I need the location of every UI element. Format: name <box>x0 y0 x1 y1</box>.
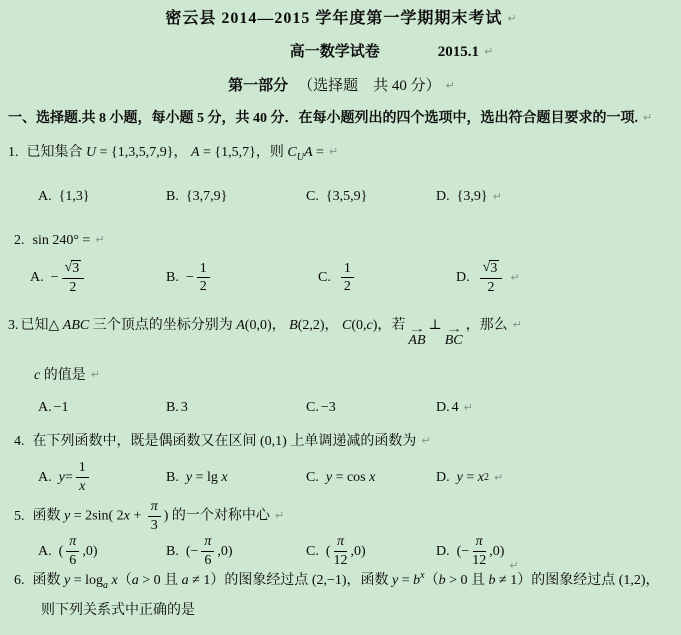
option-b-label: B. <box>166 398 179 418</box>
option-b-label: B. <box>166 468 179 488</box>
question-2-options: A.−√32 B.−12 C.12 D.√32↵ <box>8 260 675 296</box>
question-3-text: )，若 <box>373 318 406 333</box>
option-b-label: B. <box>166 268 179 288</box>
question-1-options: A.{1,3} B.{3,7,9} C.{3,5,9} D.{3,9}↵ <box>8 187 675 207</box>
paragraph-mark-icon: ↵ <box>507 12 517 25</box>
numerator: 1 <box>341 261 354 279</box>
equals-sign: = <box>65 468 73 488</box>
option-a-value: {1,3} <box>59 187 90 207</box>
close-paren: ,0) <box>351 542 366 562</box>
option-c: C.{3,5,9} <box>306 187 436 207</box>
question-5-options: A.(π6,0) B.(−π6,0) C.(π12,0) D.(−π12,0)↵ <box>8 534 675 569</box>
option-d-value: {3,9} <box>457 187 488 207</box>
section-detail: （选择题 共 40 分） <box>298 78 441 94</box>
option-b-value: {3,7,9} <box>186 187 227 207</box>
paragraph-mark-icon: ↵ <box>464 400 473 415</box>
question-1-number: 1. <box>8 145 19 160</box>
close-paren: ,0) <box>489 542 504 562</box>
exam-title: 密云县 2014—2015 学年度第一学期期末考试 <box>165 10 502 27</box>
open-paren: （ <box>118 573 132 588</box>
fraction: 1x <box>76 460 89 495</box>
fraction: π3 <box>148 499 161 534</box>
open-paren: (− <box>186 542 199 562</box>
open-paren: ( <box>326 542 331 562</box>
vector-AB: →AB <box>408 326 425 348</box>
question-4-text: 在下列函数中，既是偶函数又在区间 (0,1) 上单调递减的函数为 <box>33 434 417 449</box>
paragraph-mark-icon: ↵ <box>421 434 430 447</box>
option-c-label: C. <box>306 187 319 207</box>
option-c: C.(π12,0) <box>306 534 436 569</box>
question-4-stem: 4.在下列函数中，既是偶函数又在区间 (0,1) 上单调递减的函数为↵ <box>8 432 675 452</box>
numerator-pi: π <box>66 534 79 552</box>
option-d-label: D. <box>436 468 450 488</box>
fraction: π6 <box>201 534 214 569</box>
question-1-text: = {1,3,5,7,9}， <box>96 145 191 160</box>
numerator-pi: π <box>148 499 161 517</box>
option-d-label: D. <box>456 268 470 288</box>
option-a: A.−√32 <box>30 260 166 296</box>
question-3-text: (0,0)， <box>245 318 289 333</box>
equals-cos: = cos <box>332 468 369 488</box>
question-3-text: 的值是 <box>40 368 86 383</box>
open-paren: (− <box>457 542 470 562</box>
question-3-options: A.−1 B.3 C.−3 D.4↵ <box>8 398 675 418</box>
equals-lg: = lg <box>192 468 221 488</box>
close-paren: ,0) <box>217 542 232 562</box>
vector-arrow-icon: → <box>445 326 462 334</box>
question-6-text: > 0 且 <box>139 573 182 588</box>
math-var-B: B <box>289 318 298 333</box>
denominator: 2 <box>344 278 351 296</box>
numerator-pi: π <box>473 534 486 552</box>
paragraph-mark-icon: ↵ <box>329 145 338 158</box>
option-c-value: −3 <box>321 398 336 418</box>
paragraph-mark-icon: ↵ <box>494 470 503 485</box>
math-var-ABC: ABC <box>63 318 89 333</box>
instructions: 一、选择题.共 8 小题，每小题 5 分，共 40 分．在每小题列出的四个选项中… <box>8 109 675 129</box>
question-6-continuation: 则下列关系式中正确的是 <box>8 601 675 621</box>
math-complement-C: C <box>287 145 296 160</box>
option-d: D.(−π12,0)↵ <box>436 534 675 569</box>
question-3-stem: 3.已知△ ABC 三个顶点的坐标分别为 A(0,0)， B(2,2)， C(0… <box>8 316 675 348</box>
section-heading-row: 第一部分（选择题 共 40 分）↵ <box>8 76 675 97</box>
fraction: π12 <box>472 534 486 569</box>
math-var-a: a <box>182 573 189 588</box>
math-var-A: A <box>191 145 200 160</box>
denominator: 3 <box>151 517 158 535</box>
math-var-C: C <box>342 318 351 333</box>
option-a-label: A. <box>38 187 52 207</box>
denominator: 12 <box>472 552 486 570</box>
fraction: π6 <box>66 534 79 569</box>
question-1-text: = <box>313 145 324 160</box>
denominator: 6 <box>204 552 211 570</box>
fraction: √32 <box>62 260 85 296</box>
option-a: A.(π6,0) <box>38 534 166 569</box>
vector-AB-label: AB <box>408 334 425 348</box>
option-d: D.√32↵ <box>456 260 675 296</box>
option-a-label: A. <box>38 398 52 418</box>
option-d-label: D. <box>436 542 450 562</box>
option-c: C.y = cos x <box>306 468 436 488</box>
option-d-label: D. <box>436 187 450 207</box>
math-var-b: b <box>439 573 446 588</box>
paragraph-mark-icon: ↵ <box>275 509 284 522</box>
denominator: 6 <box>69 552 76 570</box>
paragraph-mark-icon: ↵ <box>643 111 652 124</box>
denominator: 12 <box>334 552 348 570</box>
perpendicular-symbol: ⊥ <box>429 318 442 333</box>
exam-date-group: 2015.1↵ <box>438 42 493 63</box>
open-paren: （ <box>425 573 439 588</box>
fraction: 12 <box>197 261 210 296</box>
math-sub-U: U <box>297 152 304 163</box>
question-4-number: 4. <box>14 434 25 449</box>
fraction: √32 <box>480 260 503 296</box>
option-b: B.y = lg x <box>166 468 306 488</box>
question-3-text: 三个顶点的坐标分别为 <box>89 318 236 333</box>
numerator-pi: π <box>334 534 347 552</box>
option-d-label: D. <box>436 398 450 418</box>
question-6-text: 函数 <box>33 573 65 588</box>
option-b: B.3 <box>166 398 306 418</box>
math-var-U: U <box>86 145 96 160</box>
option-d-value: 4 <box>452 398 459 418</box>
question-3-text: ，那么 <box>466 318 508 333</box>
option-c-label: C. <box>318 268 331 288</box>
denominator: x <box>79 478 85 496</box>
option-c-label: C. <box>306 542 319 562</box>
paragraph-mark-icon: ↵ <box>484 45 493 58</box>
close-paren: ,0) <box>82 542 97 562</box>
question-4-options: A.y = 1x B.y = lg x C.y = cos x D.y = x2… <box>8 460 675 495</box>
option-a: A.−1 <box>38 398 166 418</box>
option-b: B.(−π6,0) <box>166 534 306 569</box>
question-6-text: > 0 且 <box>446 573 489 588</box>
exam-document-page: 密云县 2014—2015 学年度第一学期期末考试↵ 高一数学试卷 2015.1… <box>0 0 681 635</box>
option-a-value: −1 <box>54 398 69 418</box>
option-a-label: A. <box>38 542 52 562</box>
option-a: A.{1,3} <box>38 187 166 207</box>
log-operator: = log <box>70 573 103 588</box>
sqrt-expression: √3 <box>65 260 82 278</box>
fraction: 12 <box>341 261 354 296</box>
math-var-b: b <box>489 573 496 588</box>
exam-subtitle-row: 高一数学试卷 2015.1↵ <box>8 42 675 63</box>
denominator: 2 <box>200 278 207 296</box>
denominator: 2 <box>487 279 494 297</box>
paragraph-mark-icon: ↵ <box>513 318 522 331</box>
exam-title-row: 密云县 2014—2015 学年度第一学期期末考试↵ <box>8 8 675 30</box>
exam-date: 2015.1 <box>438 44 479 60</box>
numerator-pi: π <box>201 534 214 552</box>
option-b: B.{3,7,9} <box>166 187 306 207</box>
math-var-A: A <box>236 318 245 333</box>
question-5-text: 函数 <box>33 509 65 524</box>
exam-subtitle: 高一数学试卷 <box>290 42 380 63</box>
question-2-number: 2. <box>14 233 25 248</box>
sqrt-expression: √3 <box>483 260 500 278</box>
open-paren: ( <box>59 542 64 562</box>
math-var-A: A <box>304 145 313 160</box>
option-d: D.{3,9}↵ <box>436 187 675 207</box>
paragraph-mark-icon: ↵ <box>95 233 104 246</box>
question-1-text: 已知集合 <box>27 145 87 160</box>
denominator: 2 <box>69 279 76 297</box>
question-6-stem: 6.函数 y = loga x（a > 0 且 a ≠ 1）的图象经过点 (2,… <box>8 569 675 593</box>
question-3-text: (0, <box>351 318 366 333</box>
question-1-text: = {1,5,7}，则 <box>200 145 288 160</box>
question-6-tail-text: 则下列关系式中正确的是 <box>41 603 195 618</box>
vector-BC-label: BC <box>445 334 463 348</box>
plus-sign: + <box>130 509 145 524</box>
radicand: 3 <box>71 260 81 278</box>
equals-sign: = <box>398 573 413 588</box>
question-2-expression: sin 240° = <box>33 233 91 248</box>
section-title: 第一部分 <box>228 78 288 94</box>
option-a-label: A. <box>30 268 44 288</box>
minus-sign: − <box>51 268 59 288</box>
question-3-text: 已知△ <box>21 318 63 333</box>
paragraph-mark-icon: ↵ <box>91 368 100 381</box>
question-6-text: ≠ 1）的图象经过点 (2,−1)，函数 <box>189 573 392 588</box>
radicand: 3 <box>489 260 499 278</box>
question-3-text: (2,2)， <box>298 318 342 333</box>
question-5-text: ) 的一个对称中心 <box>164 509 270 524</box>
question-6-text: ≠ 1）的图象经过点 (1,2)， <box>496 573 660 588</box>
math-var-x: x <box>221 468 227 488</box>
question-3-number: 3. <box>8 318 19 333</box>
option-c-label: C. <box>306 398 319 418</box>
option-c-label: C. <box>306 468 319 488</box>
fraction: π12 <box>334 534 348 569</box>
question-2-stem: 2.sin 240° =↵ <box>8 231 675 251</box>
paragraph-mark-icon: ↵ <box>446 79 455 92</box>
option-d: D.y = x2↵ <box>436 468 675 488</box>
paragraph-mark-icon: ↵ <box>493 189 502 204</box>
vector-BC: →BC <box>445 326 463 348</box>
math-var-a: a <box>132 573 139 588</box>
question-1-stem: 1.已知集合 U = {1,3,5,7,9}， A = {1,5,7}，则 CU… <box>8 143 675 165</box>
option-b-label: B. <box>166 542 179 562</box>
option-c: C.−3 <box>306 398 436 418</box>
option-a: A.y = 1x <box>38 460 166 495</box>
option-c-value: {3,5,9} <box>326 187 367 207</box>
vector-arrow-icon: → <box>408 326 425 334</box>
math-var-x: x <box>369 468 375 488</box>
paragraph-mark-icon: ↵ <box>510 270 519 285</box>
question-5-math: = 2sin( 2 <box>70 509 123 524</box>
minus-sign: − <box>186 268 194 288</box>
equals-sign: = <box>463 468 478 488</box>
numerator: 1 <box>76 460 89 478</box>
option-b-value: 3 <box>181 398 188 418</box>
question-3-stem-line2: c 的值是↵ <box>8 366 675 386</box>
instructions-text: 一、选择题.共 8 小题，每小题 5 分，共 40 分．在每小题列出的四个选项中… <box>8 111 638 126</box>
option-b-label: B. <box>166 187 179 207</box>
question-5-stem: 5.函数 y = 2sin( 2x + π3) 的一个对称中心↵ <box>8 499 675 534</box>
question-6-number: 6. <box>14 573 25 588</box>
numerator: 1 <box>197 261 210 279</box>
option-c: C.12 <box>318 261 456 296</box>
exponent-2: 2 <box>484 471 489 485</box>
option-d: D.4↵ <box>436 398 675 418</box>
option-a-label: A. <box>38 468 52 488</box>
question-5-number: 5. <box>14 509 25 524</box>
option-b: B.−12 <box>166 261 318 296</box>
